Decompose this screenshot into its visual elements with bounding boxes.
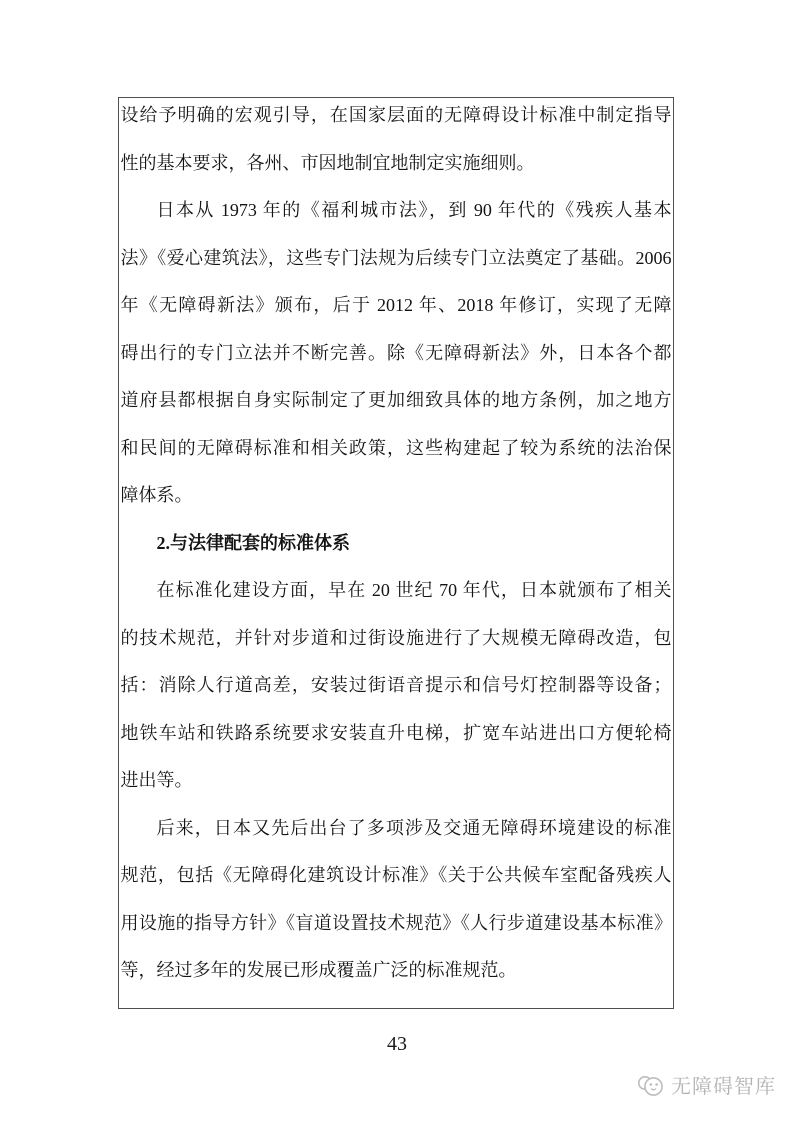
text-line: 用设施的指导方针》《盲道设置技术规范》《人行步道建设基本标准》	[121, 910, 672, 958]
text-frame: 设给予明确的宏观引导，在国家层面的无障碍设计标准中制定指导 性的基本要求，各州、…	[118, 97, 674, 1009]
section-heading: 2.与法律配套的标准体系	[121, 530, 672, 578]
brand-logo-icon	[637, 1072, 664, 1098]
text-line: 道府县都根据自身实际制定了更加细致具体的地方条例，加之地方	[121, 387, 672, 435]
text-line: 和民间的无障碍标准和相关政策，这些构建起了较为系统的法治保	[121, 435, 672, 483]
text-line: 法》《爱心建筑法》，这些专门法规为后续专门立法奠定了基础。2006	[121, 245, 672, 293]
watermark: 无障碍智库	[637, 1070, 776, 1099]
text-line: 地铁车站和铁路系统要求安装直升电梯，扩宽车站进出口方便轮椅	[121, 720, 672, 768]
text-line: 碍出行的专门立法并不断完善。除《无障碍新法》外，日本各个都	[121, 340, 672, 388]
text-line: 设给予明确的宏观引导，在国家层面的无障碍设计标准中制定指导	[121, 102, 672, 150]
text-line: 年《无障碍新法》颁布，后于 2012 年、2018 年修订，实现了无障	[121, 292, 672, 340]
text-line: 障体系。	[121, 482, 672, 530]
text-line: 的技术规范，并针对步道和过街设施进行了大规模无障碍改造，包	[121, 625, 672, 673]
text-line: 括：消除人行道高差，安装过街语音提示和信号灯控制器等设备；	[121, 672, 672, 720]
page-number: 43	[0, 1031, 794, 1057]
text-line: 在标准化建设方面，早在 20 世纪 70 年代，日本就颁布了相关	[121, 577, 672, 625]
text-line: 规范，包括《无障碍化建筑设计标准》《关于公共候车室配备残疾人	[121, 862, 672, 910]
document-page: 设给予明确的宏观引导，在国家层面的无障碍设计标准中制定指导 性的基本要求，各州、…	[0, 0, 794, 1123]
text-line: 等，经过多年的发展已形成覆盖广泛的标准规范。	[121, 957, 672, 1005]
text-line: 后来，日本又先后出台了多项涉及交通无障碍环境建设的标准	[121, 815, 672, 863]
watermark-text: 无障碍智库	[671, 1070, 776, 1099]
text-line: 日本从 1973 年的《福利城市法》，到 90 年代的《残疾人基本	[121, 197, 672, 245]
text-line: 性的基本要求，各州、市因地制宜地制定实施细则。	[121, 150, 672, 198]
text-line: 进出等。	[121, 767, 672, 815]
